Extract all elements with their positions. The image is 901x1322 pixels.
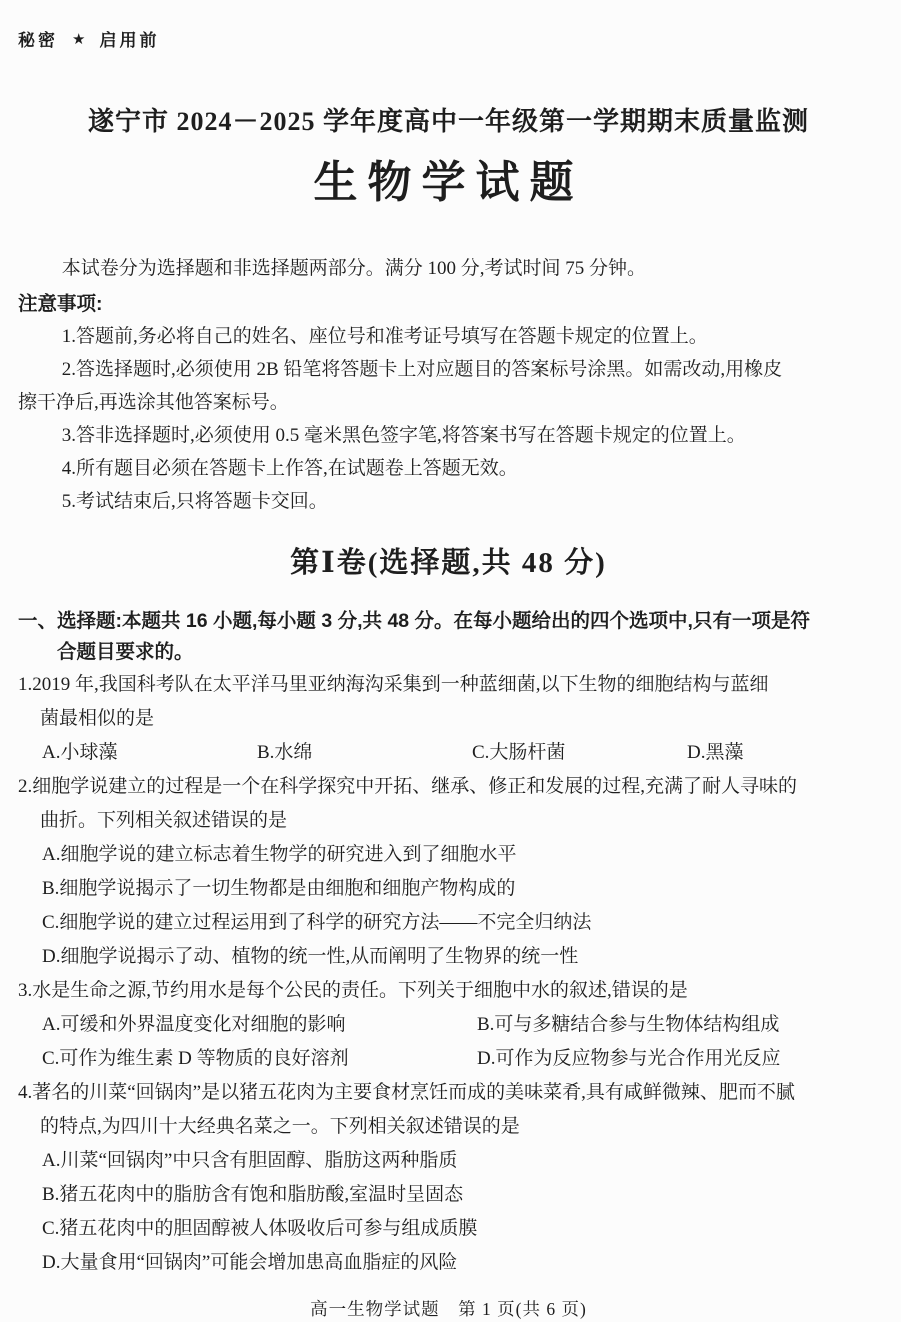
question-4-option-c: C.猪五花肉中的胆固醇被人体吸收后可参与组成质膜 [18,1212,879,1246]
question-3-options-row-1: A.可缓和外界温度变化对细胞的影响 B.可与多糖结合参与生物体结构组成 [18,1008,879,1042]
question-1: 1.2019 年,我国科考队在太平洋马里亚纳海沟采集到一种蓝细菌,以下生物的细胞… [18,668,879,770]
question-3-stem: 3.水是生命之源,节约用水是每个公民的责任。下列关于细胞中水的叙述,错误的是 [18,974,879,1008]
exam-paper-page: 秘密 ★ 启用前 遂宁市 2024－2025 学年度高中一年级第一学期期末质量监… [0,0,901,1322]
question-1-option-c: C.大肠杆菌 [472,736,687,770]
question-4: 4.著名的川菜“回锅肉”是以猪五花肉为主要食材烹饪而成的美味菜肴,具有咸鲜微辣、… [18,1076,879,1280]
question-3-options-row-2: C.可作为维生素 D 等物质的良好溶剂 D.可作为反应物参与光合作用光反应 [18,1042,879,1076]
question-1-stem-cont: 菌最相似的是 [18,702,879,736]
question-3: 3.水是生命之源,节约用水是每个公民的责任。下列关于细胞中水的叙述,错误的是 A… [18,974,879,1076]
question-4-option-d: D.大量食用“回锅肉”可能会增加患高血脂症的风险 [18,1246,879,1280]
notice-line: 2.答选择题时,必须使用 2B 铅笔将答题卡上对应题目的答案标号涂黑。如需改动,… [18,353,879,386]
notice-line: 4.所有题目必须在答题卡上作答,在试题卷上答题无效。 [18,452,879,485]
question-4-stem-cont: 的特点,为四川十大经典名菜之一。下列相关叙述错误的是 [18,1110,879,1144]
status-label: 启用前 [99,26,159,51]
exam-intro-paragraph: 本试卷分为选择题和非选择题两部分。满分 100 分,考试时间 75 分钟。 [18,254,879,284]
section-1-heading: 第Ⅰ卷(选择题,共 48 分) [18,542,879,584]
question-3-option-c: C.可作为维生素 D 等物质的良好溶剂 [42,1042,477,1076]
question-2-stem-cont: 曲折。下列相关叙述错误的是 [18,804,879,838]
question-1-stem: 1.2019 年,我国科考队在太平洋马里亚纳海沟采集到一种蓝细菌,以下生物的细胞… [18,668,879,702]
question-2-stem: 2.细胞学说建立的过程是一个在科学探究中开拓、继承、修正和发展的过程,充满了耐人… [18,770,879,804]
question-2-option-a: A.细胞学说的建立标志着生物学的研究进入到了细胞水平 [18,838,879,872]
notice-line: 1.答题前,务必将自己的姓名、座位号和准考证号填写在答题卡规定的位置上。 [18,320,879,353]
question-2-option-b: B.细胞学说揭示了一切生物都是由细胞和细胞产物构成的 [18,872,879,906]
question-1-option-b: B.水绵 [257,736,472,770]
question-4-option-a: A.川菜“回锅肉”中只含有胆固醇、脂肪这两种脂质 [18,1144,879,1178]
multiple-choice-instructions: 一、选择题:本题共 16 小题,每小题 3 分,共 48 分。在每小题给出的四个… [18,606,879,668]
classification-label: 秘密 [18,26,58,51]
security-header: 秘密 ★ 启用前 [18,26,879,51]
notice-line: 擦干净后,再选涂其他答案标号。 [18,386,879,419]
question-2-option-d: D.细胞学说揭示了动、植物的统一性,从而阐明了生物界的统一性 [18,940,879,974]
question-3-option-d: D.可作为反应物参与光合作用光反应 [477,1042,780,1076]
notices-heading: 注意事项: [18,289,879,320]
question-1-option-d: D.黑藻 [687,736,743,770]
instructions-line-1: 一、选择题:本题共 16 小题,每小题 3 分,共 48 分。在每小题给出的四个… [18,606,879,637]
exam-title: 遂宁市 2024－2025 学年度高中一年级第一学期期末质量监测 [18,101,879,138]
question-1-option-a: A.小球藻 [42,736,257,770]
notice-line: 3.答非选择题时,必须使用 0.5 毫米黑色签字笔,将答案书写在答题卡规定的位置… [18,419,879,452]
question-4-option-b: B.猪五花肉中的脂肪含有饱和脂肪酸,室温时呈固态 [18,1178,879,1212]
question-2: 2.细胞学说建立的过程是一个在科学探究中开拓、继承、修正和发展的过程,充满了耐人… [18,770,879,974]
question-2-option-c: C.细胞学说的建立过程运用到了科学的研究方法——不完全归纳法 [18,906,879,940]
subject-title: 生物学试题 [18,146,879,210]
question-3-option-a: A.可缓和外界温度变化对细胞的影响 [42,1008,477,1042]
question-1-options: A.小球藻 B.水绵 C.大肠杆菌 D.黑藻 [18,736,879,770]
page-footer: 高一生物学试题 第 1 页(共 6 页) [18,1296,879,1321]
notice-line: 5.考试结束后,只将答题卡交回。 [18,485,879,518]
question-3-option-b: B.可与多糖结合参与生物体结构组成 [477,1008,779,1042]
star-icon: ★ [72,30,85,48]
question-4-stem: 4.著名的川菜“回锅肉”是以猪五花肉为主要食材烹饪而成的美味菜肴,具有咸鲜微辣、… [18,1076,879,1110]
instructions-line-2: 合题目要求的。 [18,637,879,668]
